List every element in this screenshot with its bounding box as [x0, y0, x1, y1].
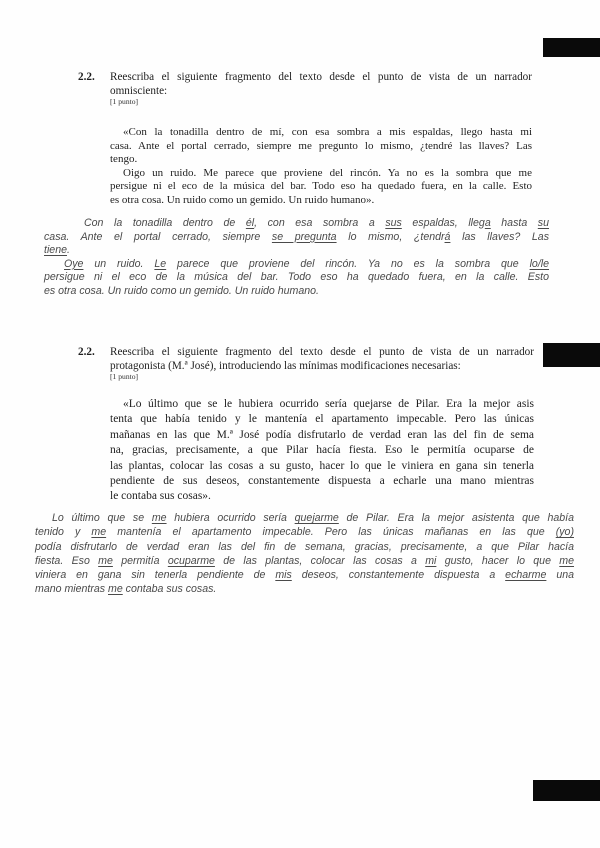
text-line: Reescriba el siguiente fragmento del tex… — [110, 71, 532, 85]
text-line: «Con la tonadilla dentro de mí, con esa … — [110, 126, 532, 140]
underlined-change: él — [246, 217, 254, 229]
text-line: Oye un ruido. Le parece que proviene del… — [44, 258, 549, 272]
text-line: Oigo un ruido. Me parece que proviene de… — [110, 167, 532, 181]
exercise-1-number: 2.2. — [78, 71, 95, 83]
underlined-change: me — [559, 555, 574, 567]
text-line: tengo. — [110, 153, 532, 167]
exercise-1-quoted-fragment: «Con la tonadilla dentro de mí, con esa … — [110, 126, 532, 207]
underlined-change: lo/le — [530, 258, 549, 270]
text-line: mano mientras me contaba sus cosas. — [35, 582, 574, 596]
exercise-2-rewritten-answer: Lo último que se me hubiera ocurrido ser… — [35, 511, 574, 597]
underlined-change: tiene — [44, 244, 67, 256]
text-line: tiene. — [44, 244, 549, 258]
underlined-change: mi — [425, 555, 436, 567]
exercise-2-points-label: [1 punto] — [110, 372, 138, 381]
text-line: tenido y me mantenía el apartamento impe… — [35, 525, 574, 539]
redaction-box — [543, 343, 600, 367]
redaction-box — [533, 780, 600, 801]
text-line: le contaba sus cosas». — [110, 489, 534, 504]
text-line: persigue ni el eco de la música del bar.… — [44, 271, 549, 285]
text-line: persigue ni el eco de la música del bar.… — [110, 180, 532, 194]
exercise-1-prompt: Reescriba el siguiente fragmento del tex… — [110, 71, 532, 98]
exercise-1-rewritten-answer: Con la tonadilla dentro de él, con esa s… — [44, 217, 549, 298]
underlined-change: su — [538, 217, 549, 229]
underlined-change: me — [98, 555, 113, 567]
underlined-change: Le — [154, 258, 166, 270]
text-line: fiesta. Eso me permitía ocuparme de las … — [35, 554, 574, 568]
underlined-change: sus — [385, 217, 402, 229]
text-line: casa. Ante el portal cerrado, siempre me… — [110, 140, 532, 154]
text-line: na, gracias, precisamente, a que Pilar h… — [110, 443, 534, 458]
underlined-change: ocuparme — [168, 555, 215, 567]
underlined-change: mis — [275, 569, 291, 581]
text-line: pendiente de sus deseos, constantemente … — [110, 474, 534, 489]
underlined-change: se pregunta — [272, 231, 337, 243]
text-line: «Lo último que se le hubiera ocurrido se… — [110, 397, 534, 412]
text-line: tenta que había tenido y le mantenía el … — [110, 412, 534, 427]
text-line: Lo último que se me hubiera ocurrido ser… — [35, 511, 574, 525]
underlined-change: quejarme — [295, 512, 339, 524]
text-line: Reescriba el siguiente fragmento del tex… — [110, 346, 534, 360]
text-line: Con la tonadilla dentro de él, con esa s… — [44, 217, 549, 231]
redaction-box — [543, 38, 600, 57]
text-line: es otra cosa. Un ruido como un gemido. U… — [110, 194, 532, 208]
exercise-1-points-label: [1 punto] — [110, 97, 138, 106]
text-line: omnisciente: — [110, 85, 532, 99]
exercise-2-number: 2.2. — [78, 346, 95, 358]
text-line: es otra cosa. Un ruido como un gemido. U… — [44, 285, 549, 299]
text-line: las plantas, colocar las cosas a su gust… — [110, 459, 534, 474]
text-line: viniera en gana sin tenerla pendiente de… — [35, 568, 574, 582]
document-page: 2.2. Reescriba el siguiente fragmento de… — [0, 0, 600, 848]
underlined-change: echarme — [505, 569, 546, 581]
text-line: casa. Ante el portal cerrado, siempre se… — [44, 231, 549, 245]
underlined-change: me — [108, 583, 123, 595]
underlined-change: me — [152, 512, 167, 524]
underlined-change: me — [91, 526, 106, 538]
exercise-2-prompt: Reescriba el siguiente fragmento del tex… — [110, 346, 534, 373]
text-line: mañanas en las que M.ª José podía disfru… — [110, 428, 534, 443]
underlined-change: Oye — [64, 258, 83, 270]
exercise-2-quoted-fragment: «Lo último que se le hubiera ocurrido se… — [110, 397, 534, 505]
underlined-change: (yo) — [556, 526, 574, 538]
text-line: podía disfrutarlo de verdad eran las del… — [35, 540, 574, 554]
text-line: protagonista (M.ª José), introduciendo l… — [110, 360, 534, 374]
